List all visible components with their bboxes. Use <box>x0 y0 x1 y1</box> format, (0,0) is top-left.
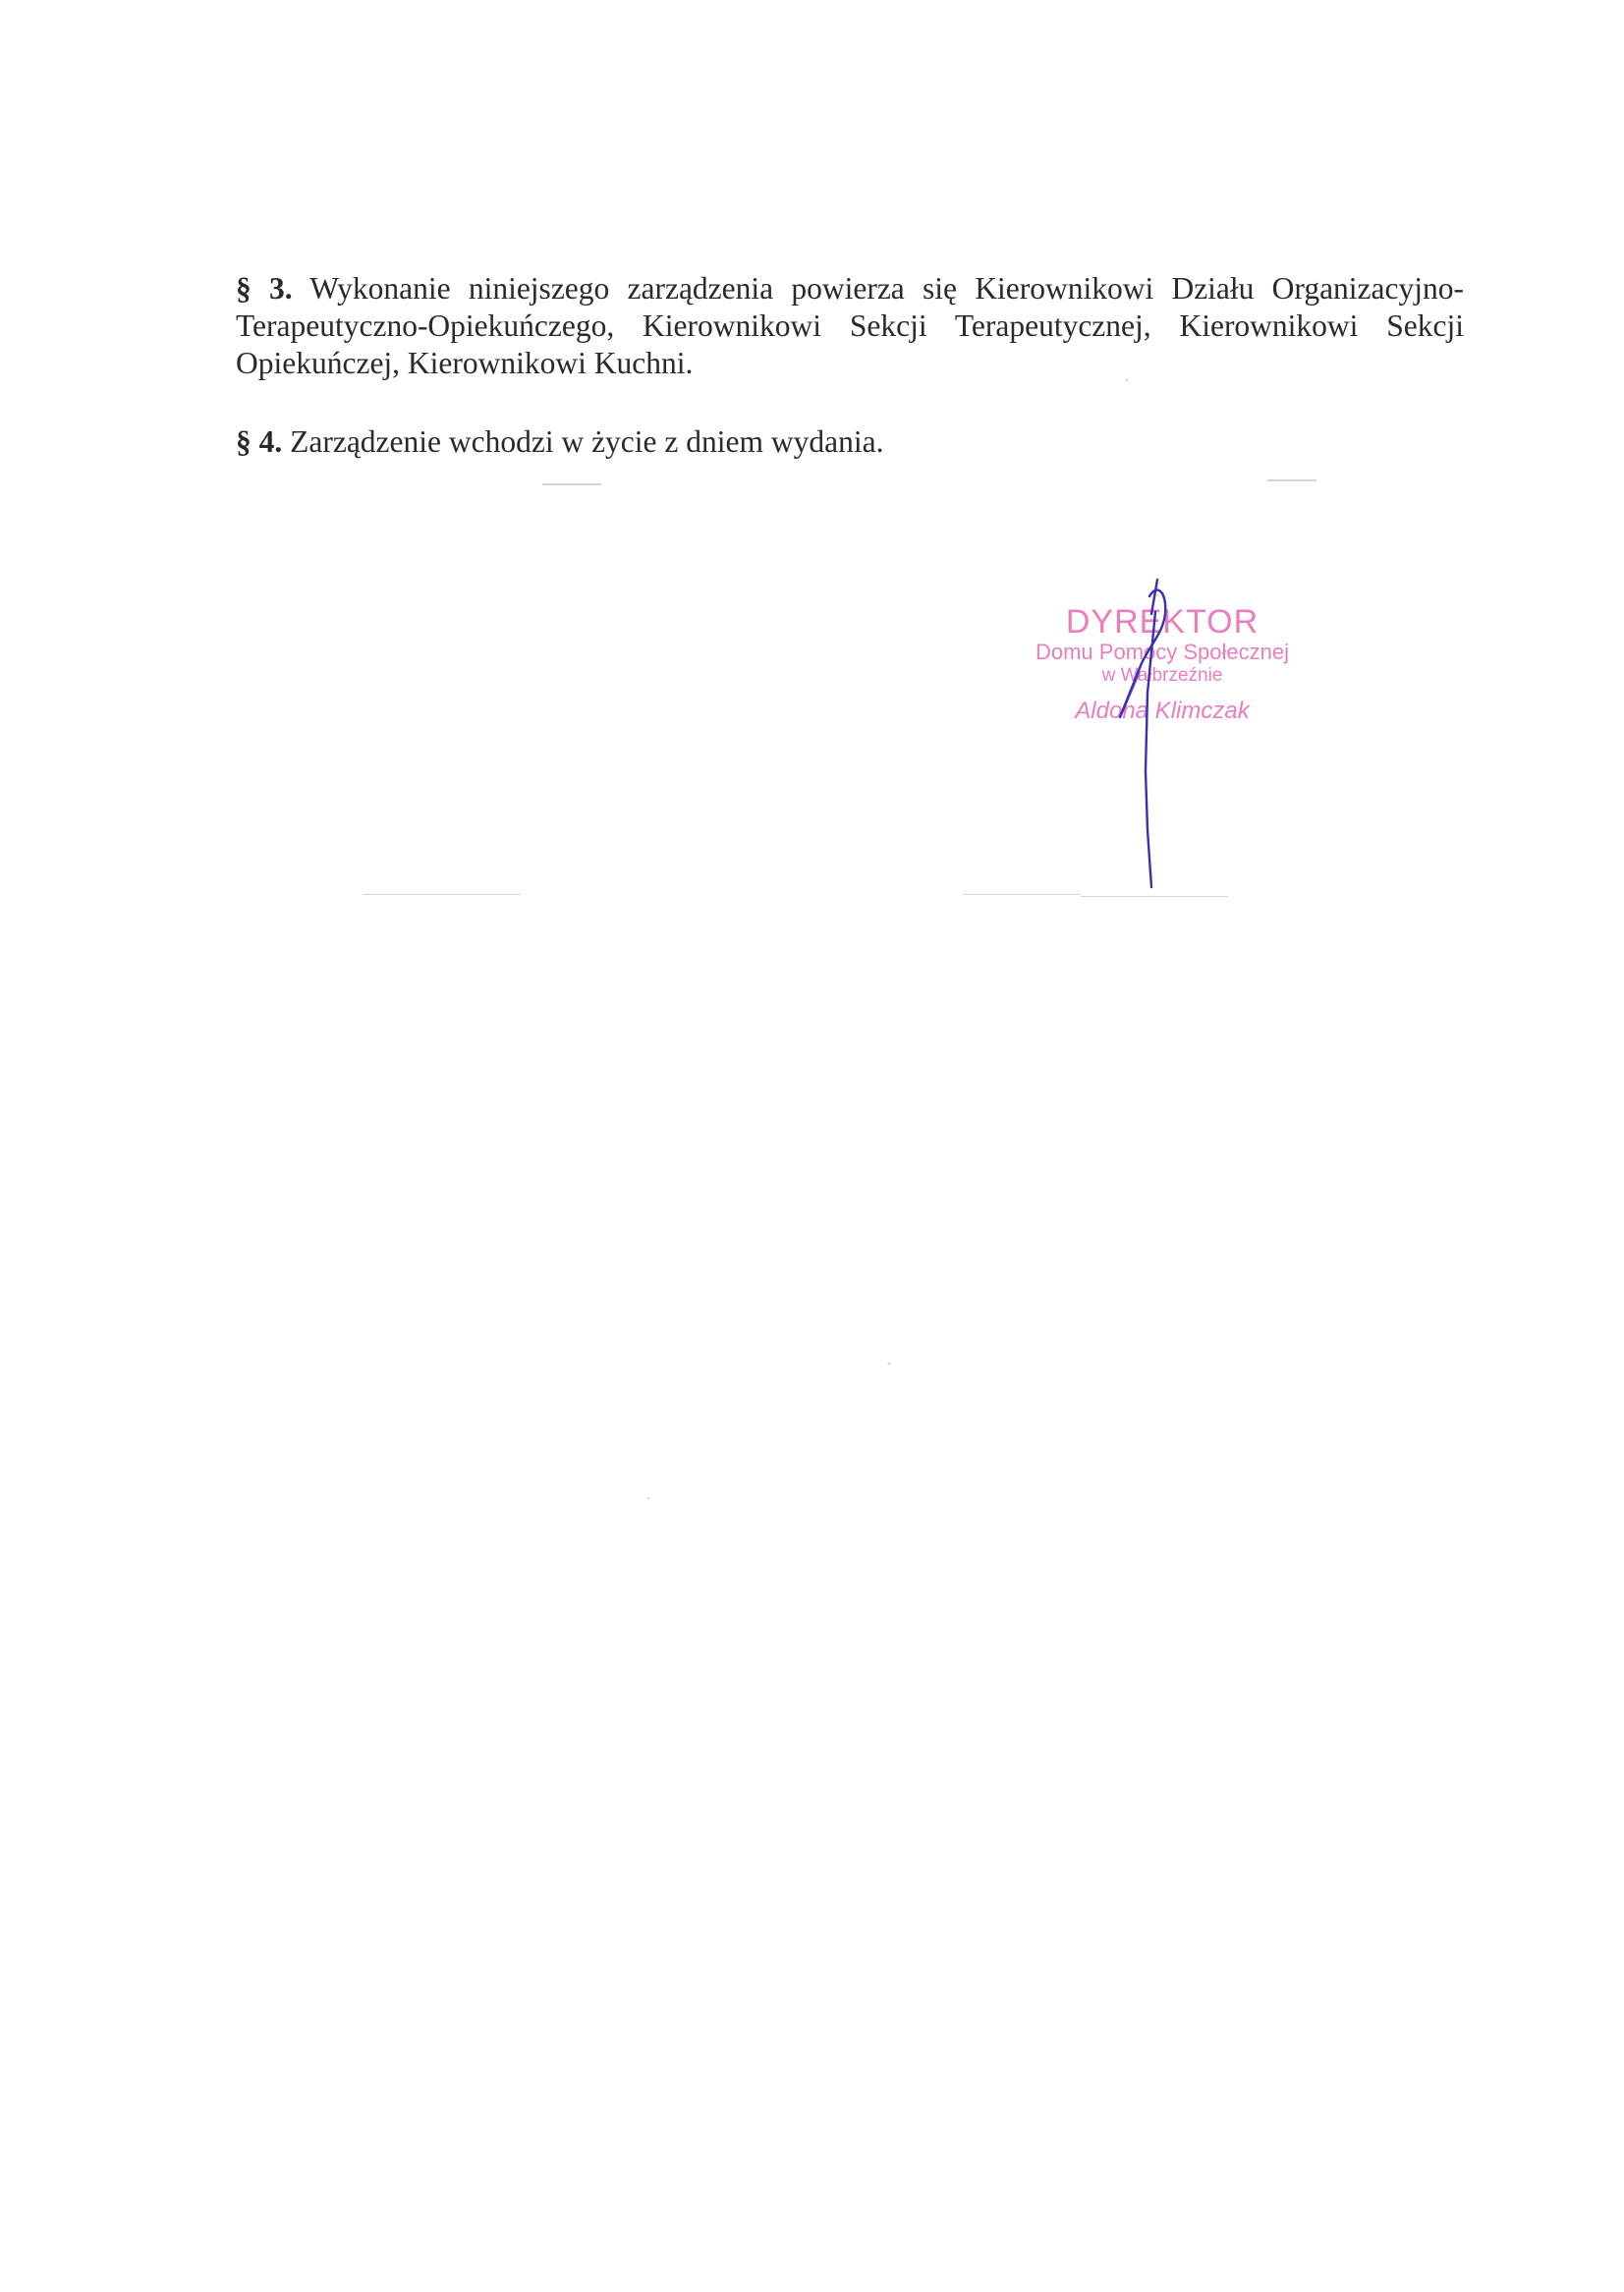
section-text: Zarządzenie wchodzi w życie z dniem wyda… <box>290 424 883 459</box>
section-number: § 3. <box>236 271 293 306</box>
director-stamp: DYREKTOR Domu Pomocy Społecznej w Wałbrz… <box>1000 604 1324 731</box>
stamp-title: DYREKTOR <box>1000 604 1324 640</box>
stamp-location: w Wałbrzeźnie <box>1000 664 1324 688</box>
stamp-organization: Domu Pomocy Społecznej <box>1000 640 1324 664</box>
paragraph-section-4: § 4. Zarządzenie wchodzi w życie z dniem… <box>236 423 1464 461</box>
section-number: § 4. <box>236 424 282 459</box>
stamp-name: Aldona Klimczak <box>1000 692 1324 731</box>
section-text: Wykonanie niniejszego zarządzenia powier… <box>236 271 1464 380</box>
document-page: § 3. Wykonanie niniejszego zarządzenia p… <box>0 0 1624 2292</box>
paragraph-section-3: § 3. Wykonanie niniejszego zarządzenia p… <box>236 270 1464 382</box>
